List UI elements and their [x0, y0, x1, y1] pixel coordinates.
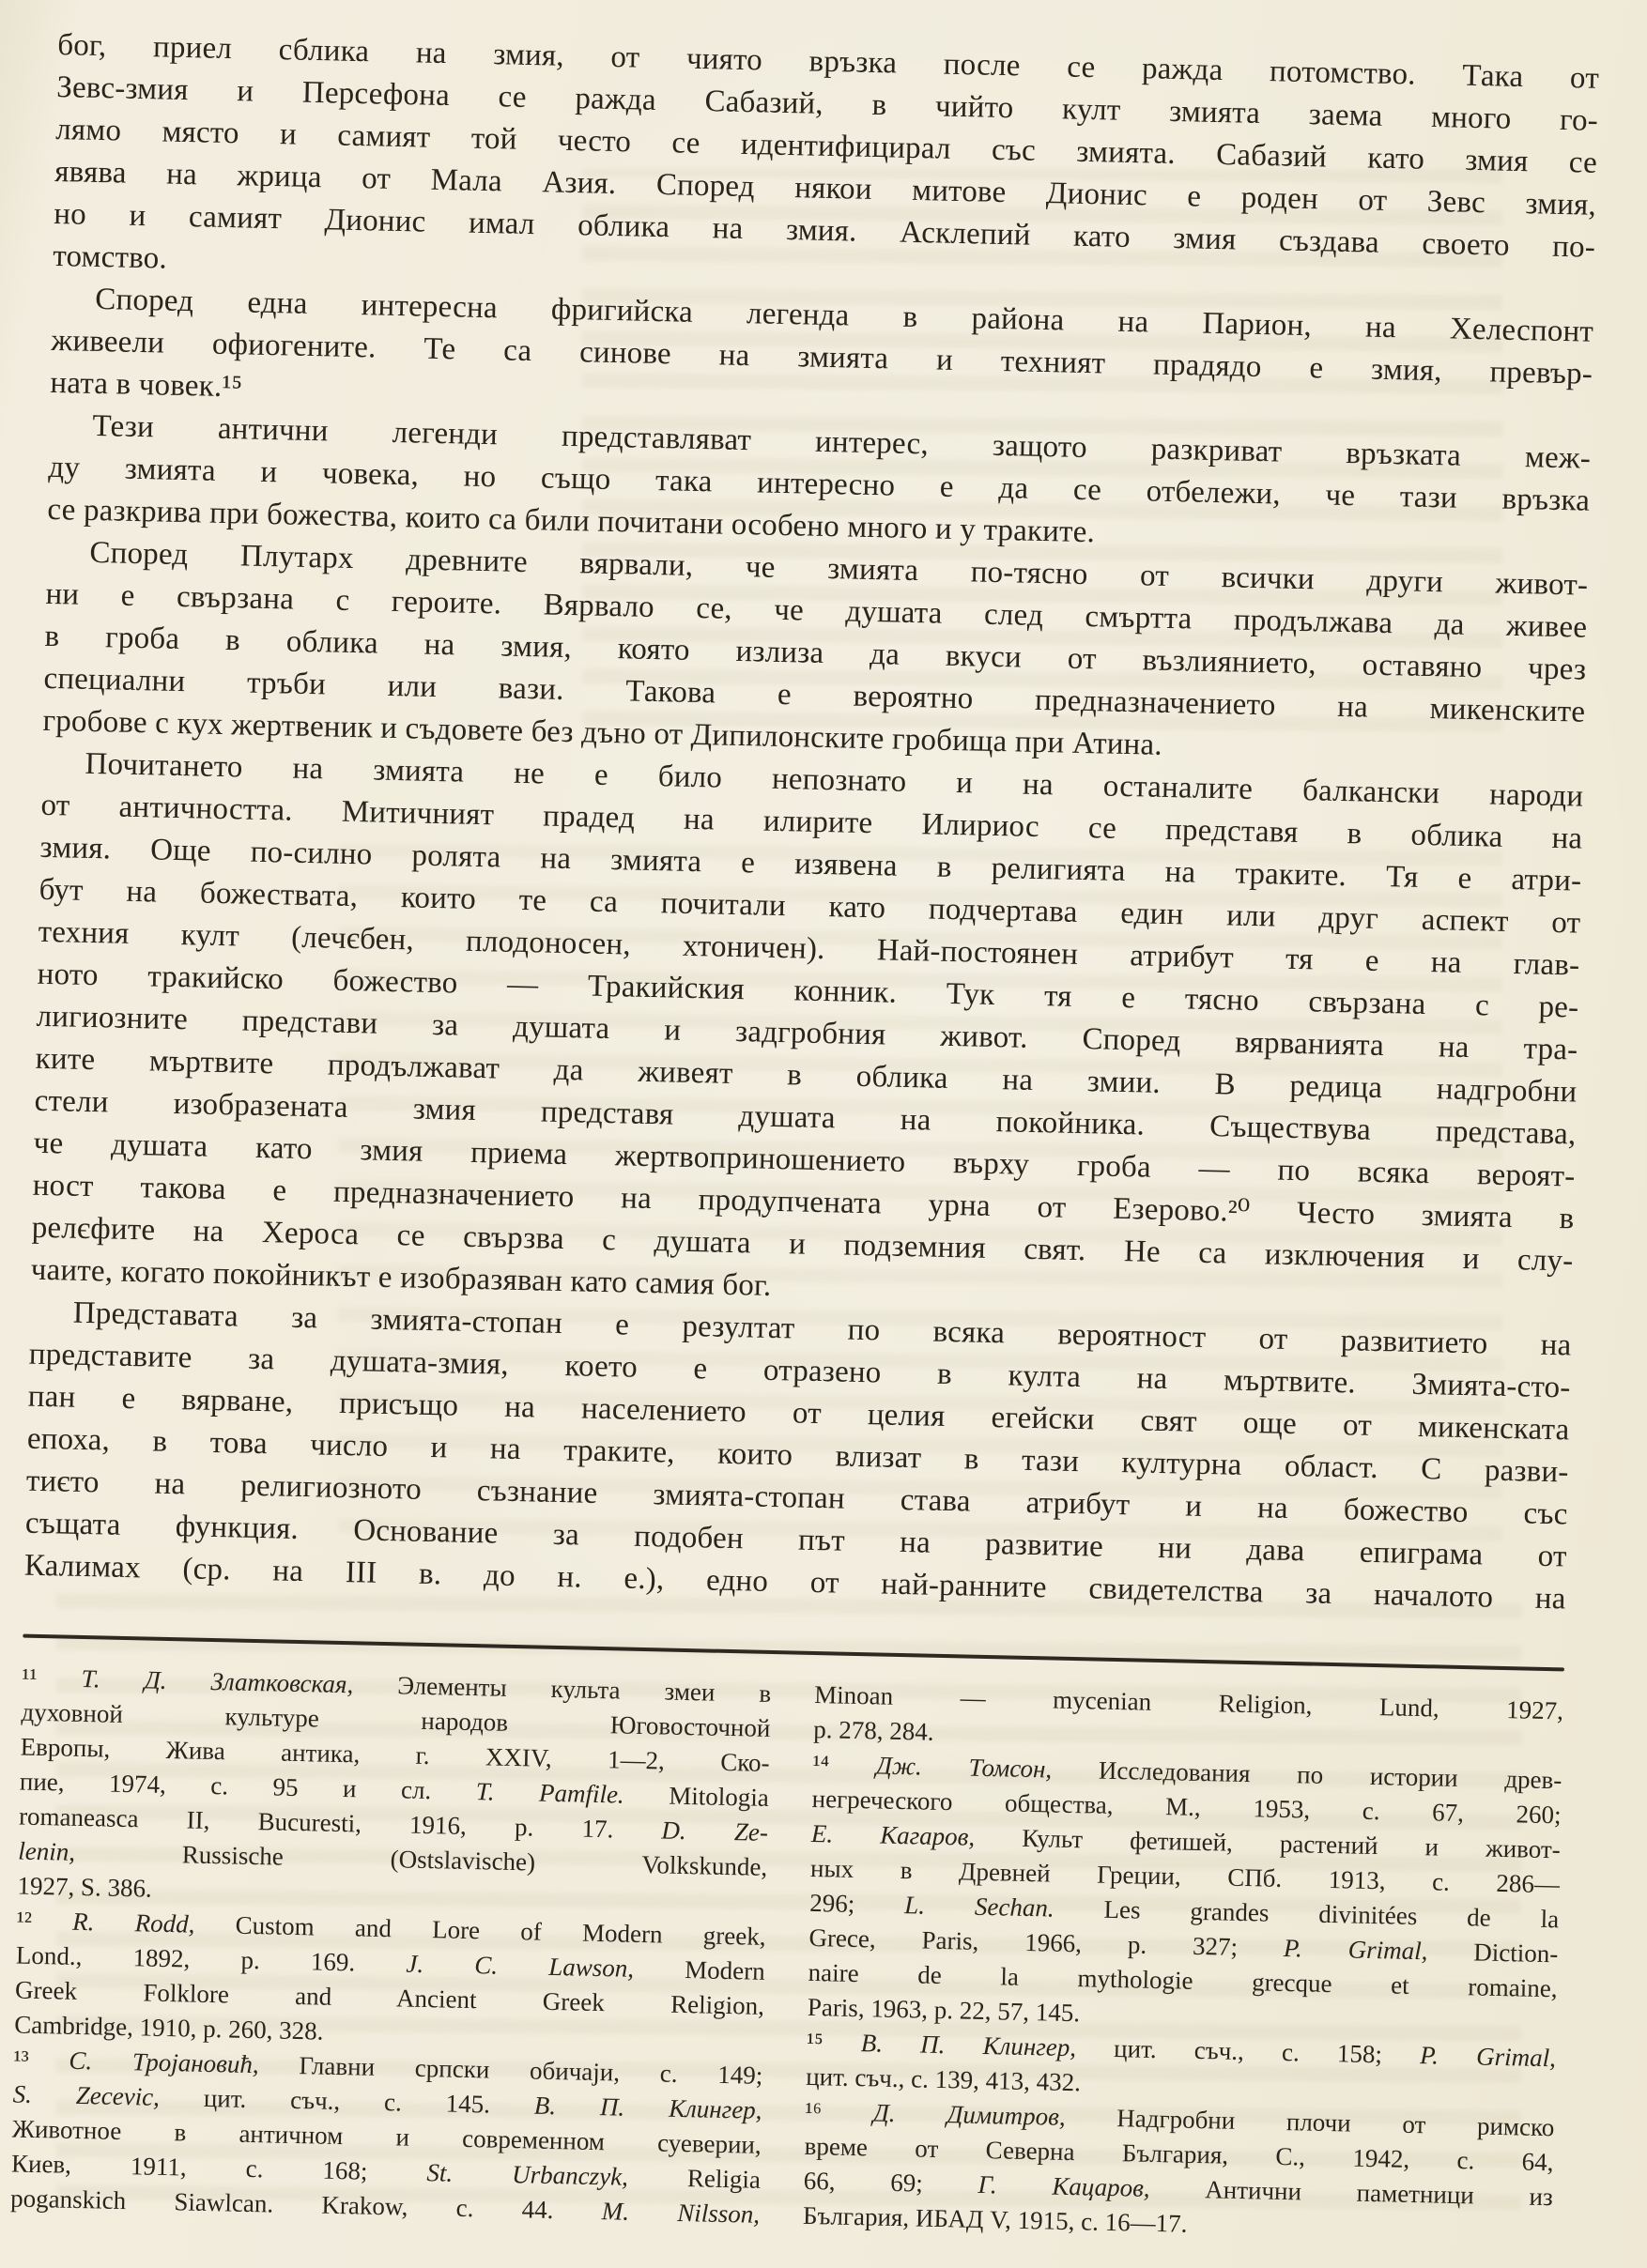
book-page: бог, приел сблика на змия, от чиято връз… [0, 0, 1647, 2268]
footnote-entry: ¹¹ Т. Д. Златковская, Элементы культа зм… [17, 1661, 771, 1920]
scanned-text-block: бог, приел сблика на змия, от чиято връз… [10, 15, 1600, 2249]
footnote-column-left: ¹¹ Т. Д. Златковская, Элементы культа зм… [10, 1661, 772, 2232]
footnote-entry: ¹³ С. Тројановић, Главни српски обичаји,… [10, 2042, 763, 2231]
paragraph: Почитането на змията не е било непознато… [30, 743, 1583, 1326]
footnote-column-right: Minoan — mycenian Religion, Lund, 1927,p… [803, 1678, 1564, 2249]
footnotes-section: ¹¹ Т. Д. Златковская, Элементы культа зм… [10, 1661, 1564, 2250]
body-text: бог, приел сблика на змия, от чиято връз… [23, 15, 1599, 1620]
footnote-entry: ¹² R. Rodd, Custom and Lore of Modern gr… [14, 1904, 766, 2059]
footnote-entry: ¹⁶ Д. Димитров, Надгробни плочи от римск… [803, 2094, 1555, 2249]
paragraph: Представата за змията-стопан е резултат … [23, 1292, 1571, 1621]
footnote-entry: ¹⁴ Дж. Томсон, Исследования по истории д… [807, 1747, 1562, 2041]
paragraph: бог, приел сблика на змия, от чиято връз… [53, 24, 1599, 312]
paragraph: Според Плутарх древните вярвали, че змия… [42, 531, 1589, 776]
